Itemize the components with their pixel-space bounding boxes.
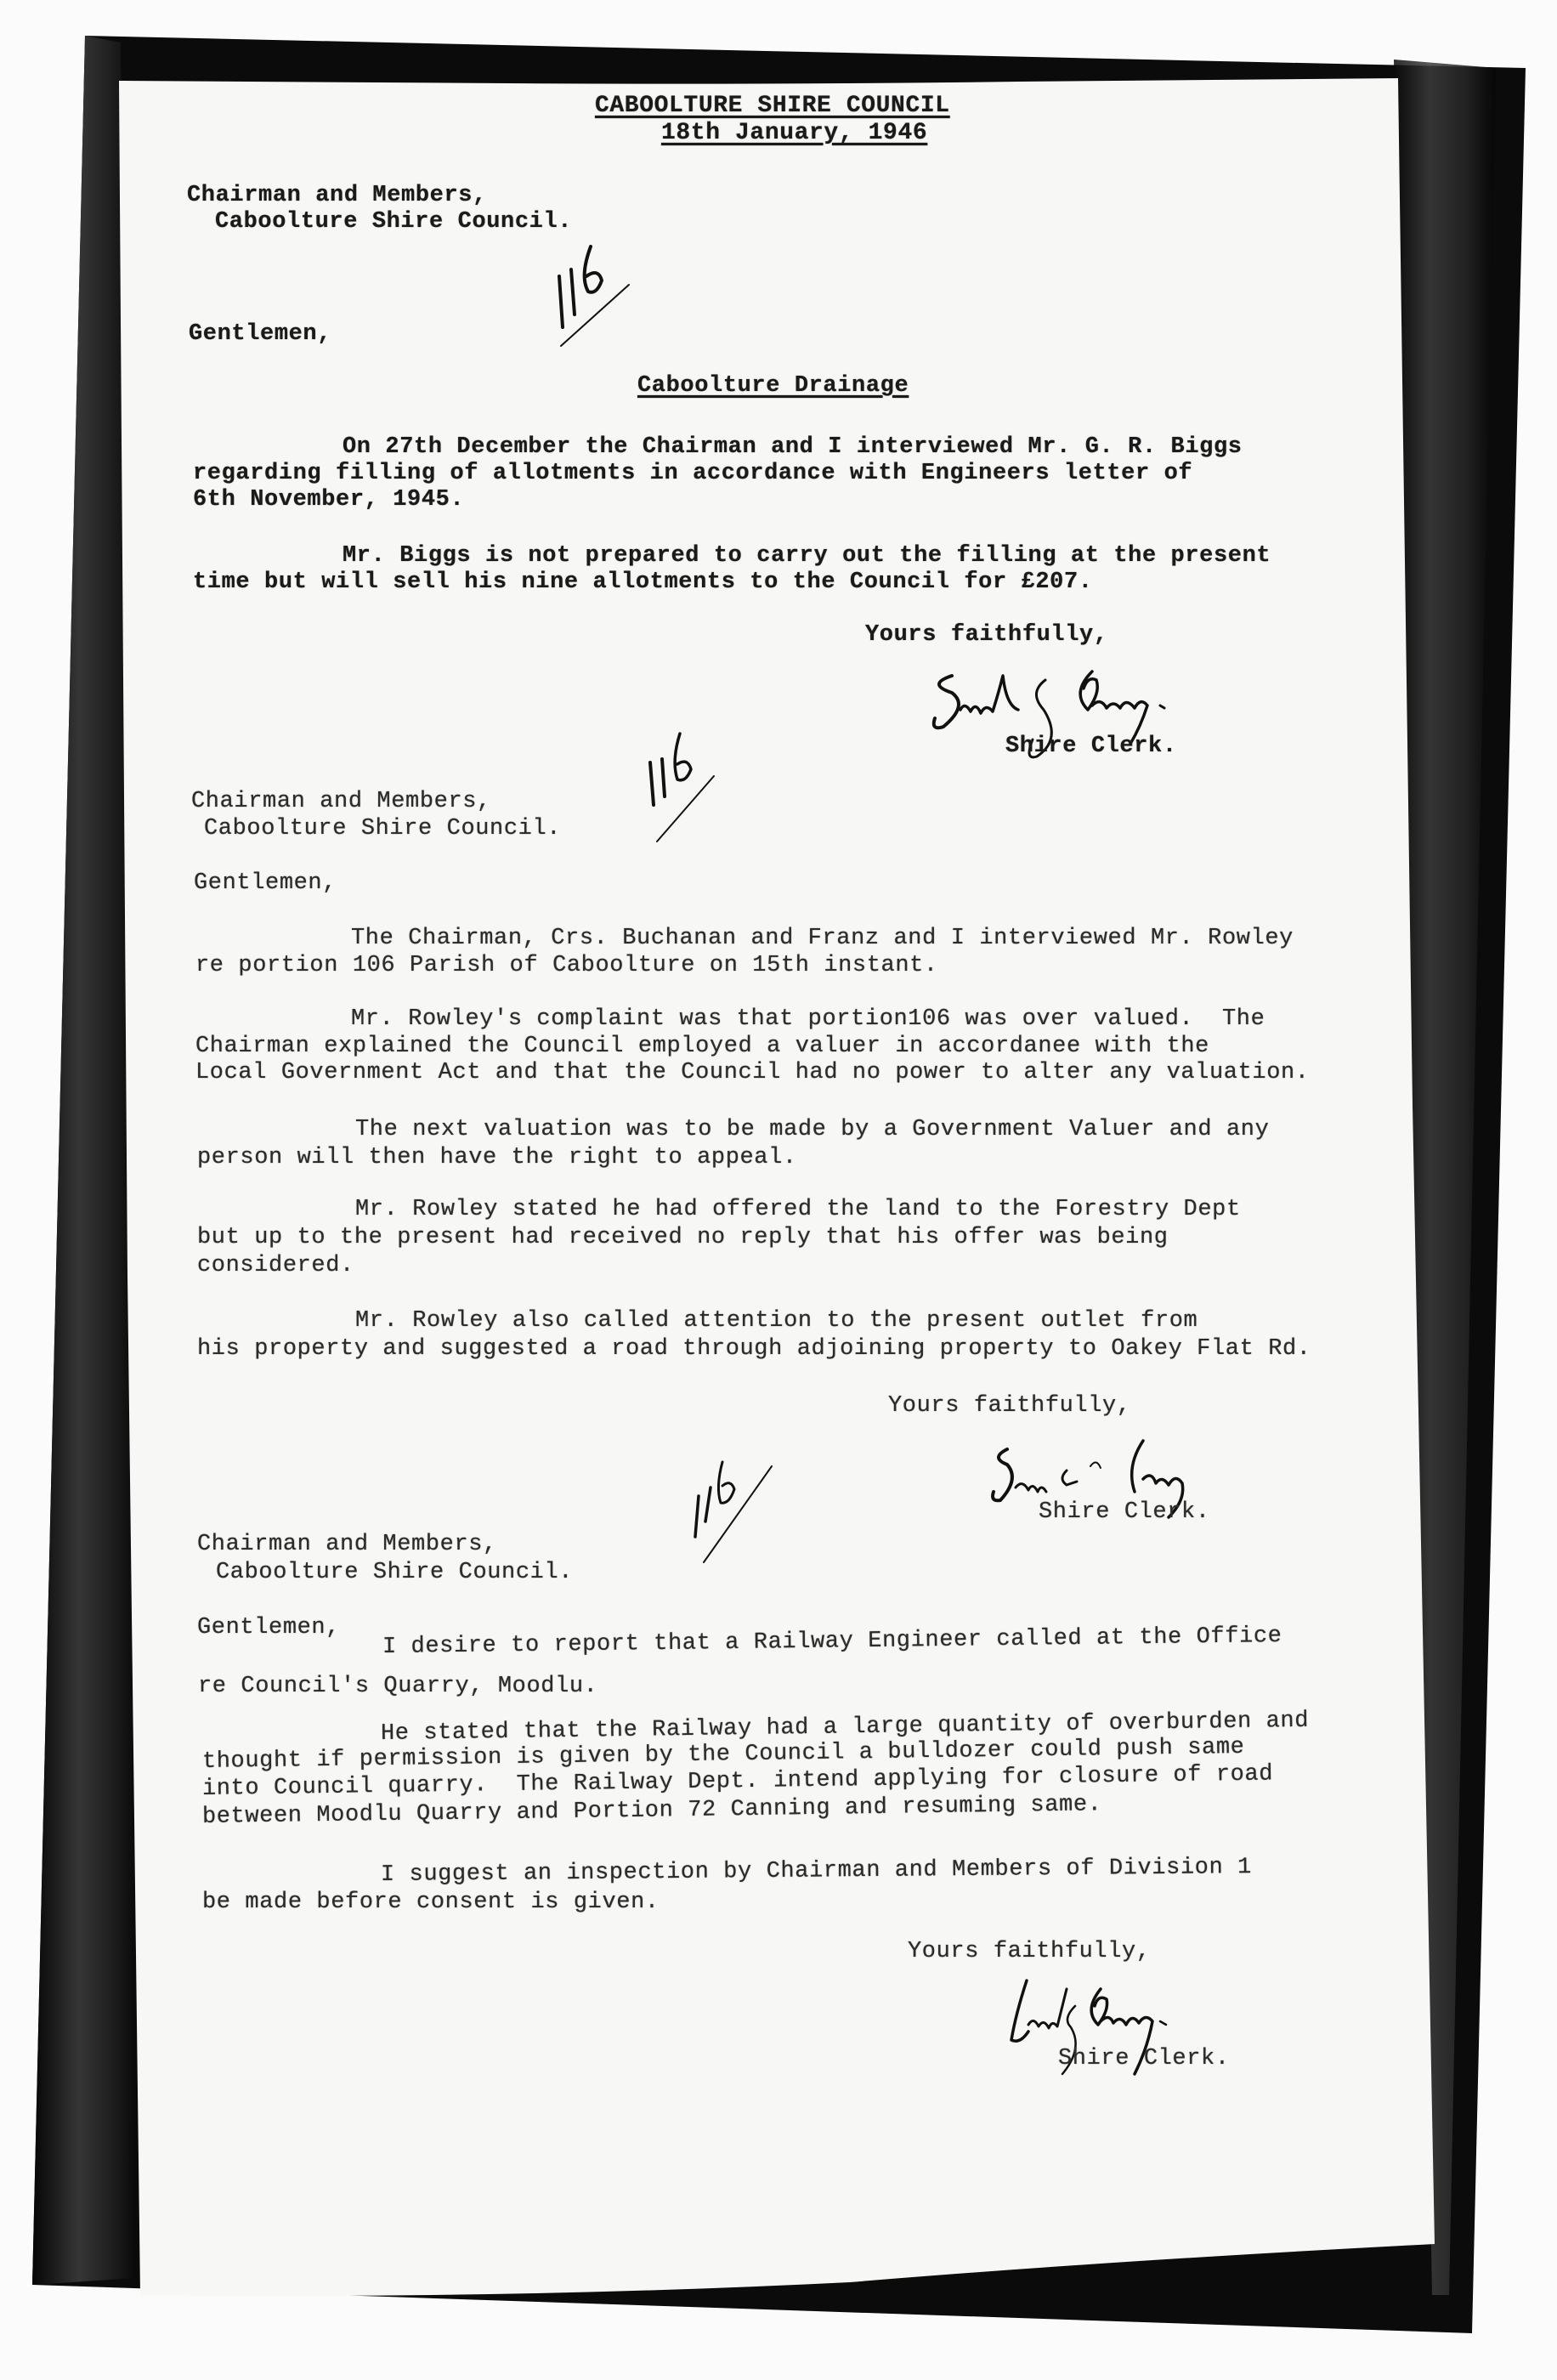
- subject-heading: Caboolture Drainage: [637, 372, 909, 399]
- paragraph-1-line-1: On 27th December the Chairman and I inte…: [343, 433, 1243, 461]
- signatory-title: Shire Clerk.: [1058, 2045, 1230, 2072]
- paragraph-2-line-1: Mr. Biggs is not prepared to carry out t…: [343, 542, 1271, 569]
- signatory-title: Shire Clerk.: [1005, 733, 1177, 760]
- closing: Yours faithfully,: [888, 1392, 1131, 1419]
- paragraph-2-line-2: time but will sell his nine allotments t…: [193, 569, 1093, 596]
- salutation: Gentlemen,: [194, 870, 337, 897]
- document-page: CABOOLTURE SHIRE COUNCIL 18th January, 1…: [0, 0, 1557, 2380]
- paragraph-1-line-1: I desire to report that a Railway Engine…: [382, 1623, 1282, 1661]
- salutation: Gentlemen,: [197, 1614, 340, 1641]
- addressee-line-2: Caboolture Shire Council.: [204, 815, 561, 842]
- organisation-heading: CABOOLTURE SHIRE COUNCIL: [595, 93, 950, 120]
- paragraph-1-line-3: 6th November, 1945.: [193, 486, 464, 513]
- paragraph-3-line-2: be made before consent is given.: [202, 1889, 660, 1916]
- addressee-line-2: Caboolture Shire Council.: [215, 208, 572, 235]
- paragraph-1-line-2: regarding filling of allotments in accor…: [193, 460, 1192, 487]
- file-annotation: 116: [633, 727, 735, 850]
- paragraph-5-line-2: his property and suggested a road throug…: [197, 1335, 1311, 1363]
- paragraph-4-line-3: considered.: [197, 1252, 354, 1279]
- paragraph-2-line-3: Local Government Act and that the Counci…: [195, 1059, 1310, 1086]
- paragraph-4-line-2: but up to the present had received no re…: [197, 1224, 1169, 1251]
- paragraph-2-line-1: Mr. Rowley's complaint was that portion1…: [351, 1006, 1265, 1033]
- paragraph-5-line-1: Mr. Rowley also called attention to the …: [355, 1307, 1197, 1334]
- document-date: 18th January, 1946: [661, 120, 927, 147]
- file-annotation: 116: [680, 1436, 790, 1568]
- addressee-line-1: Chairman and Members,: [197, 1531, 497, 1558]
- paragraph-3-line-2: person will then have the right to appea…: [197, 1144, 797, 1171]
- addressee-line-1: Chairman and Members,: [187, 182, 487, 209]
- closing: Yours faithfully,: [865, 621, 1108, 649]
- paragraph-1-line-2: re Council's Quarry, Moodlu.: [198, 1673, 597, 1700]
- paragraph-2-line-2: Chairman explained the Council employed …: [195, 1033, 1209, 1060]
- paragraph-1-line-1: The Chairman, Crs. Buchanan and Franz an…: [351, 925, 1294, 952]
- closing: Yours faithfully,: [908, 1938, 1151, 1965]
- file-annotation: 116: [544, 242, 646, 357]
- salutation: Gentlemen,: [189, 320, 331, 348]
- paragraph-3-line-1: I suggest an inspection by Chairman and …: [381, 1854, 1252, 1889]
- addressee-line-2: Caboolture Shire Council.: [216, 1559, 573, 1586]
- signatory-title: Shire Clerk.: [1039, 1499, 1210, 1526]
- paragraph-1-line-2: re portion 106 Parish of Caboolture on 1…: [195, 952, 938, 979]
- paragraph-4-line-1: Mr. Rowley stated he had offered the lan…: [355, 1196, 1241, 1223]
- paragraph-3-line-1: The next valuation was to be made by a G…: [355, 1116, 1269, 1143]
- addressee-line-1: Chairman and Members,: [191, 788, 491, 815]
- signature: Saml J Lang: [1003, 1972, 1241, 2095]
